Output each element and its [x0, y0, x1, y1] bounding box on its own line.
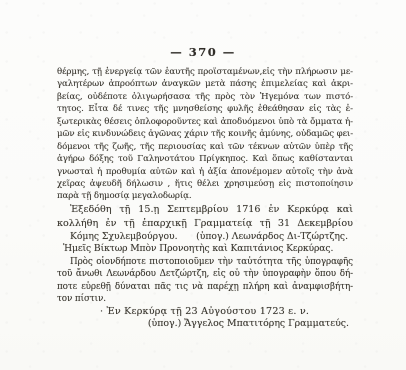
signature-left: Κόμης Σχυλεμβούργου. — [70, 231, 178, 244]
body-text-line: μῶν εἰς κινδυνώδεις ἀγῶνας χάριν τῆς κοι… — [57, 128, 353, 140]
body-text-line: Πρὸς οἱονδήποτε πιστοποιοῦμεν τὴν ταὐτότ… — [57, 256, 353, 268]
secretary-signature: (ὑπογ.) Ἄγγελος Μπατιτόρης Γραμματεύς. — [57, 318, 353, 331]
page-body-text: θέρμης, τῇ ἐνεργείᾳ τῶν ἑαυτῆς προϊσταμέ… — [57, 66, 353, 331]
body-text-line: παρὰ τῇ δημοσίᾳ μεγαλοδωρίᾳ. — [57, 190, 353, 202]
body-text-line: γαλητέρων ἀπροόπτων ἀναγκῶν μετὰ πάσης ἐ… — [57, 78, 353, 90]
body-text-line: δόμενοι τῆς ζωῆς, τῆς περιουσίας καὶ τῶν… — [57, 141, 353, 153]
body-text-line: τητος. Εἶτα δέ τινες τῆς μνησθείσης φυλῆ… — [57, 103, 353, 115]
body-text-line: γνωσταὶ ἡ προθυμία αὐτῶν καὶ ἡ ἀξία ἀπον… — [57, 166, 353, 178]
body-text-line: ξωτερικὰς θέσεις ὁπλοφοροῦντες καὶ ἀποδυ… — [57, 116, 353, 128]
body-text-line: ἀγήρω δόξης τοῦ Γαληνοτάτου Πρίγκηπος. Κ… — [57, 153, 353, 165]
signature-right: (ὑπογ.) Λεωνάρδος Δι-Τζώρτζης. — [196, 231, 348, 244]
dateline: · Ἐν Κερκύρᾳ τῇ 23 Αὐγούστου 1723 ε. ν. — [57, 306, 353, 319]
scanned-book-page: — 370 — θέρμης, τῇ ἐνεργείᾳ τῶν ἑαυτῆς π… — [0, 0, 406, 370]
body-text-line: χεῖρας ἀψευδῆ δήλωσιν , ἥτις θέλει χρησι… — [57, 178, 353, 190]
body-text-line: θέρμης, τῇ ἐνεργείᾳ τῶν ἑαυτῆς προϊσταμέ… — [57, 66, 353, 78]
issued-line: κολλήθη ἐν τῇ ἐπαρχικῇ Γραμματείᾳ τῇ 31 … — [57, 217, 353, 231]
issued-line: Ἐξεδόθη τῇ 15.ῃ Σεπτεμβρίου 1716 ἐν Κερκ… — [57, 203, 353, 217]
signature-row: Κόμης Σχυλεμβούργου. (ὑπογ.) Λεωνάρδος Δ… — [57, 231, 353, 244]
body-text-line: βείας, οὐδέποτε ὀλιγωρήσασα τῆς πρὸς τὸν… — [57, 91, 353, 103]
body-text-line: τον πίστιν. — [57, 293, 353, 305]
body-text-line: ποτε εὑρεθῇ δύναται πᾶς τις νὰ παρέχῃ πλ… — [57, 281, 353, 293]
body-text-line: τοῦ ἄνωθι Λεωνάρδου Δετζώρτζη, εἰς οὗ τὴ… — [57, 268, 353, 280]
page-number: — 370 — — [0, 45, 406, 59]
certifier-line: Ἡμεῖς Βίκτωρ Μπὸν Προνοητὴς καὶ Καπιτάνι… — [57, 243, 353, 256]
